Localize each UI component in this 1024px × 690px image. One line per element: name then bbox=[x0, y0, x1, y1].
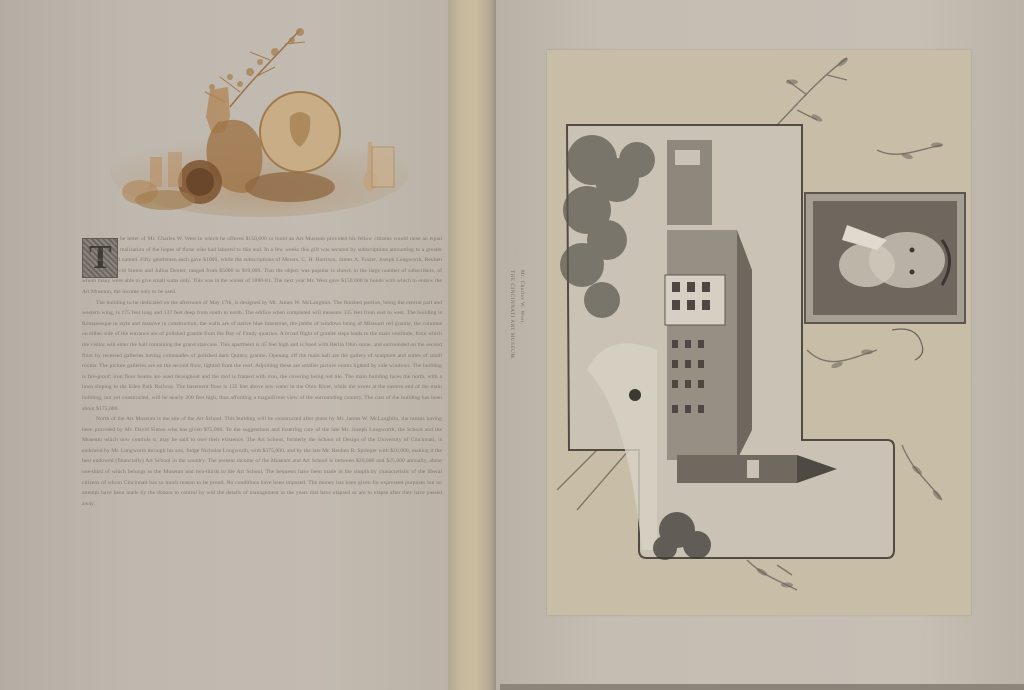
still-life-vignette bbox=[100, 22, 410, 217]
page-bottom-edge bbox=[500, 684, 1024, 690]
caption-subtitle: Mr. Charles W. West. bbox=[519, 270, 524, 325]
paragraph-1: he letter of Mr. Charles W. West in whic… bbox=[82, 234, 442, 298]
article-text: T he letter of Mr. Charles W. West in wh… bbox=[82, 234, 442, 509]
plate-caption: THE CINCINNATI ART MUSEUM. Mr. Charles W… bbox=[505, 270, 535, 430]
museum-engraving-plate bbox=[547, 50, 971, 615]
page-edge-spine bbox=[448, 0, 494, 690]
book-spread: T he letter of Mr. Charles W. West in wh… bbox=[0, 0, 1024, 690]
caption-title: THE CINCINNATI ART MUSEUM. bbox=[509, 270, 514, 360]
paragraph-3: North of the Art Museum is the site of t… bbox=[82, 414, 442, 509]
paragraph-2: The building to be dedicated on the afte… bbox=[82, 298, 442, 415]
